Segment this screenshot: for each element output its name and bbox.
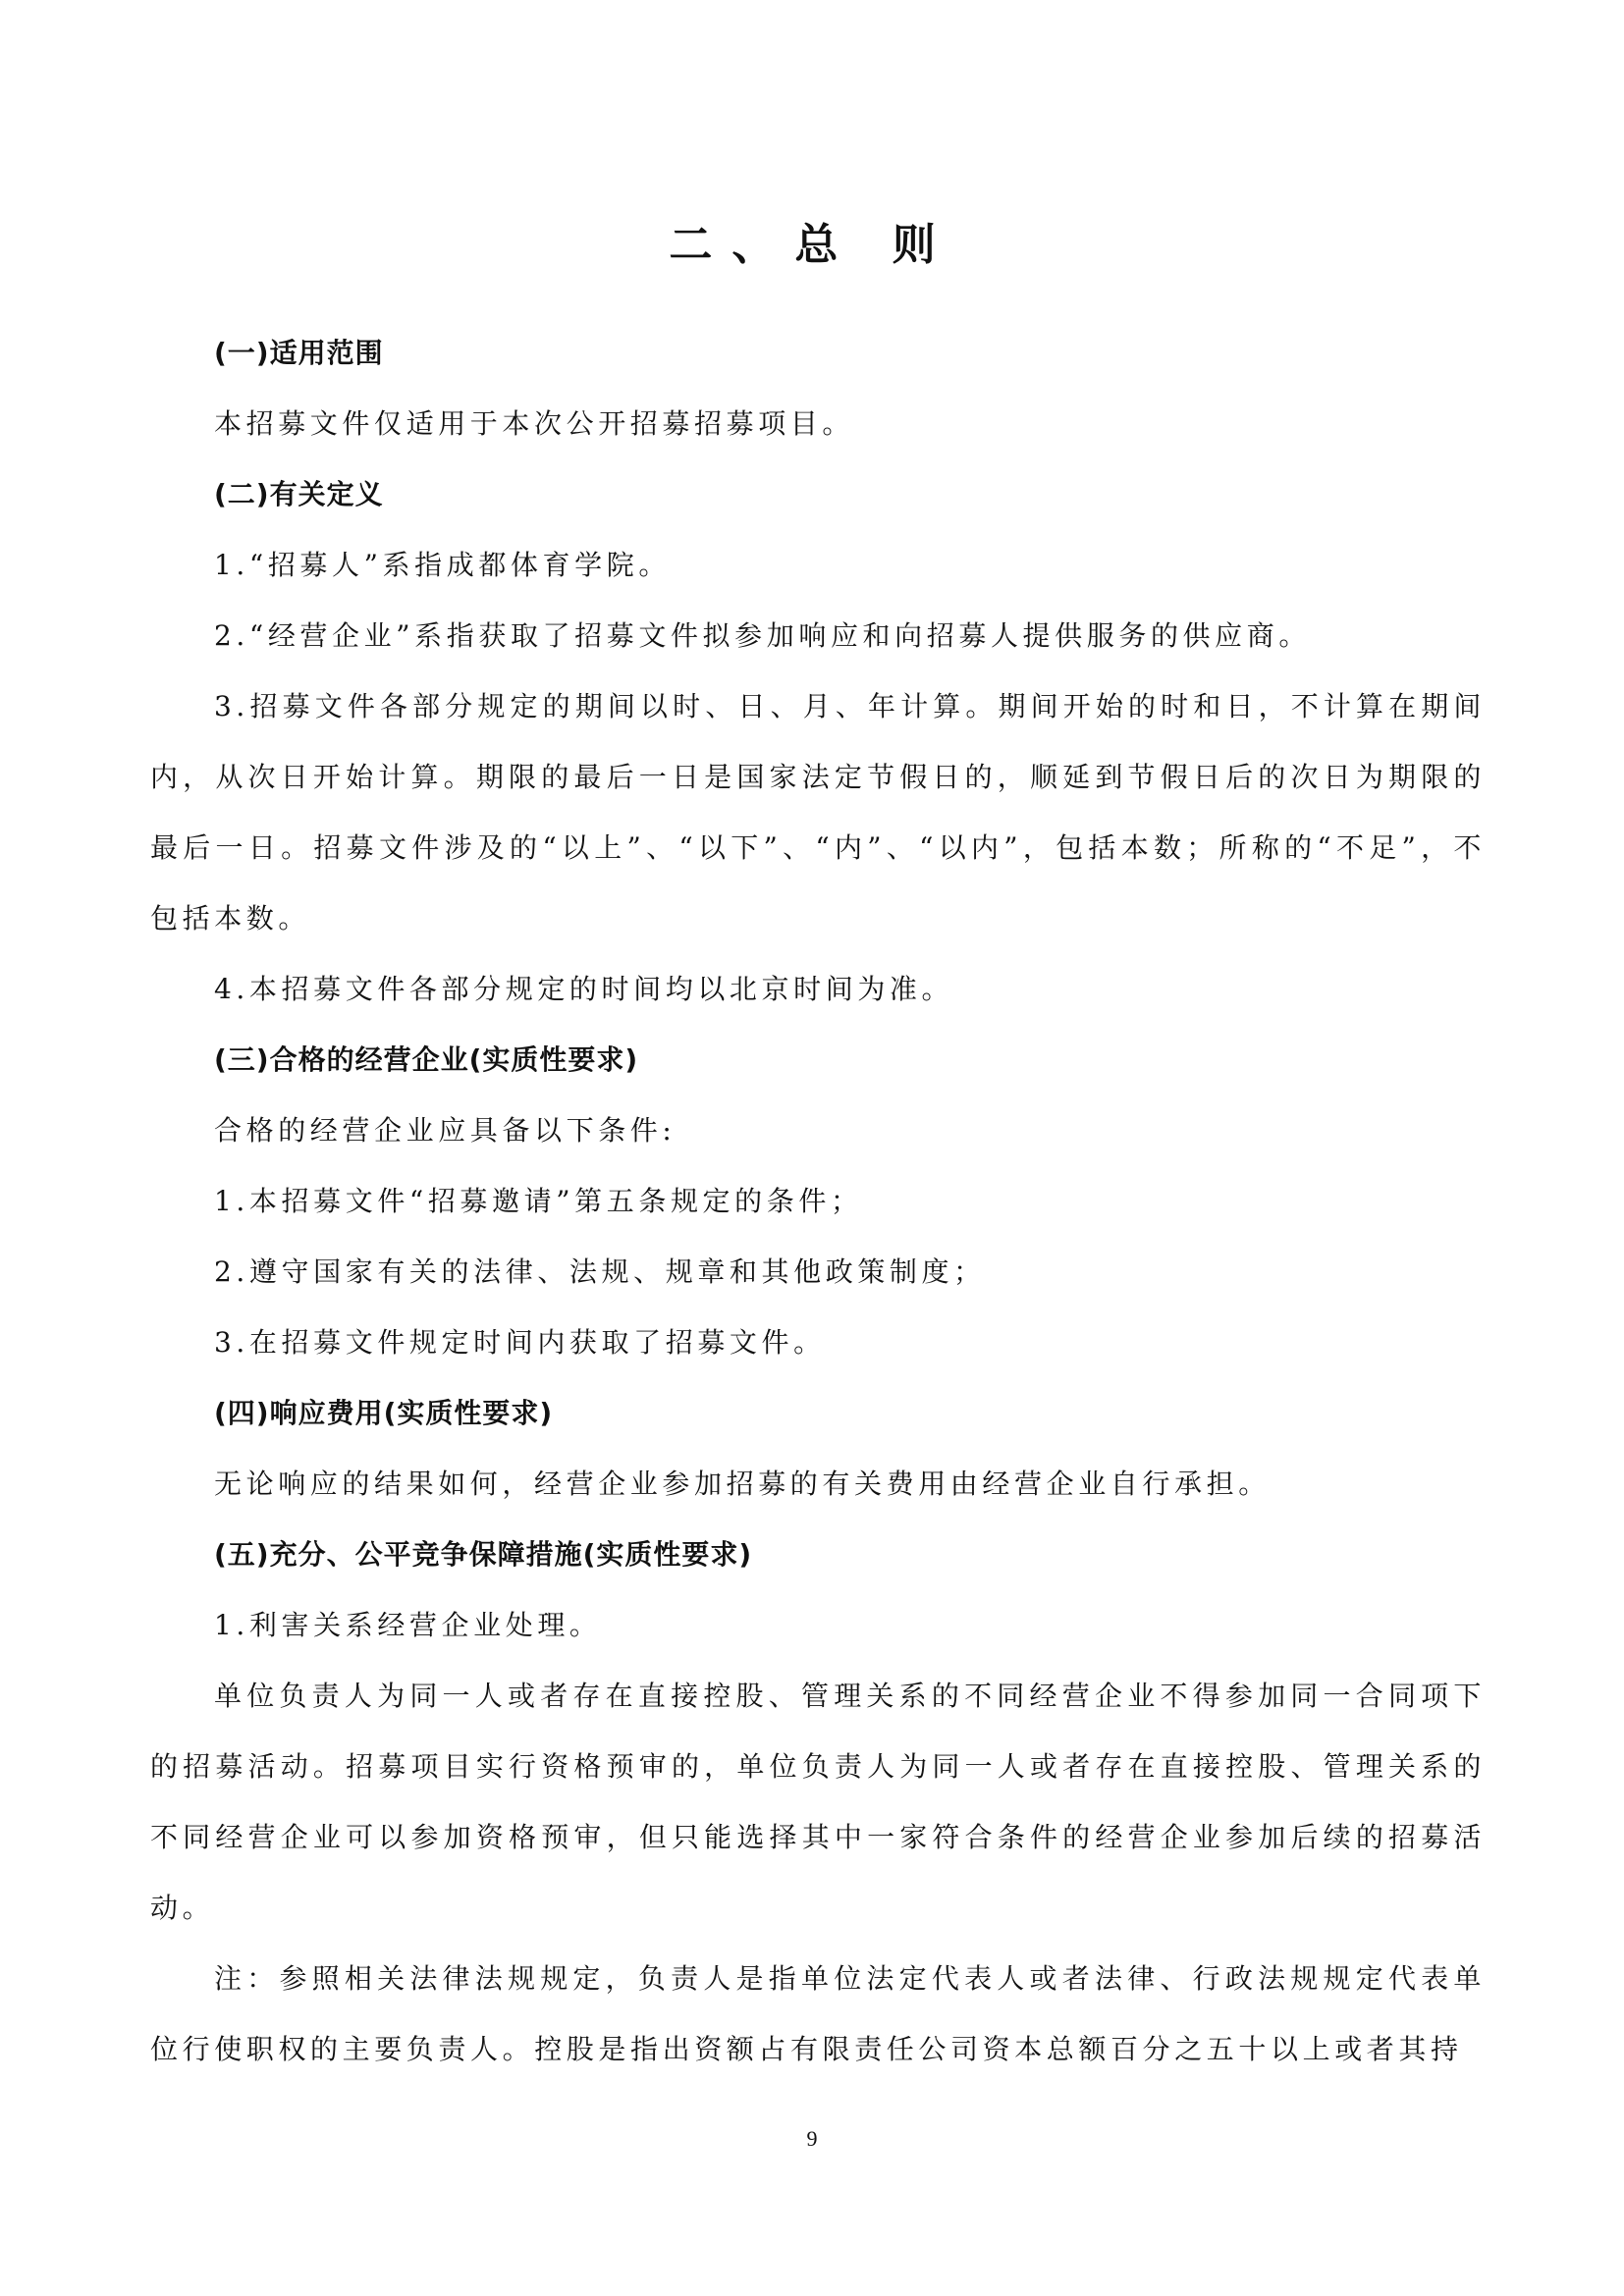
paragraph: 3.招募文件各部分规定的期间以时、日、月、年计算。期间开始的时和日，不计算在期间… <box>150 671 1486 954</box>
paragraph: 单位负责人为同一人或者存在直接控股、管理关系的不同经营企业不得参加同一合同项下的… <box>150 1661 1486 1944</box>
heading-definitions: (二)有关定义 <box>150 459 1486 530</box>
heading-qualified-enterprise: (三)合格的经营企业(实质性要求) <box>150 1025 1486 1095</box>
heading-response-costs: (四)响应费用(实质性要求) <box>150 1378 1486 1449</box>
paragraph: 1.“招募人”系指成都体育学院。 <box>150 530 1486 601</box>
paragraph: 2.“经营企业”系指获取了招募文件拟参加响应和向招募人提供服务的供应商。 <box>150 601 1486 671</box>
heading-fair-competition: (五)充分、公平竞争保障措施(实质性要求) <box>150 1520 1486 1590</box>
paragraph: 2.遵守国家有关的法律、法规、规章和其他政策制度； <box>150 1237 1486 1308</box>
document-body: (一)适用范围 本招募文件仅适用于本次公开招募招募项目。 (二)有关定义 1.“… <box>150 318 1486 2085</box>
paragraph: 合格的经营企业应具备以下条件: <box>150 1095 1486 1166</box>
paragraph: 1.利害关系经营企业处理。 <box>150 1590 1486 1661</box>
paragraph: 无论响应的结果如何，经营企业参加招募的有关费用由经营企业自行承担。 <box>150 1449 1486 1520</box>
heading-scope: (一)适用范围 <box>150 318 1486 389</box>
section-title: 二、总 则 <box>0 218 1624 273</box>
paragraph: 本招募文件仅适用于本次公开招募招募项目。 <box>150 389 1486 459</box>
paragraph: 1.本招募文件“招募邀请”第五条规定的条件； <box>150 1166 1486 1237</box>
paragraph: 4.本招募文件各部分规定的时间均以北京时间为准。 <box>150 954 1486 1025</box>
paragraph: 3.在招募文件规定时间内获取了招募文件。 <box>150 1308 1486 1378</box>
paragraph: 注：参照相关法律法规规定，负责人是指单位法定代表人或者法律、行政法规规定代表单位… <box>150 1944 1486 2085</box>
page-number: 9 <box>0 2126 1624 2152</box>
